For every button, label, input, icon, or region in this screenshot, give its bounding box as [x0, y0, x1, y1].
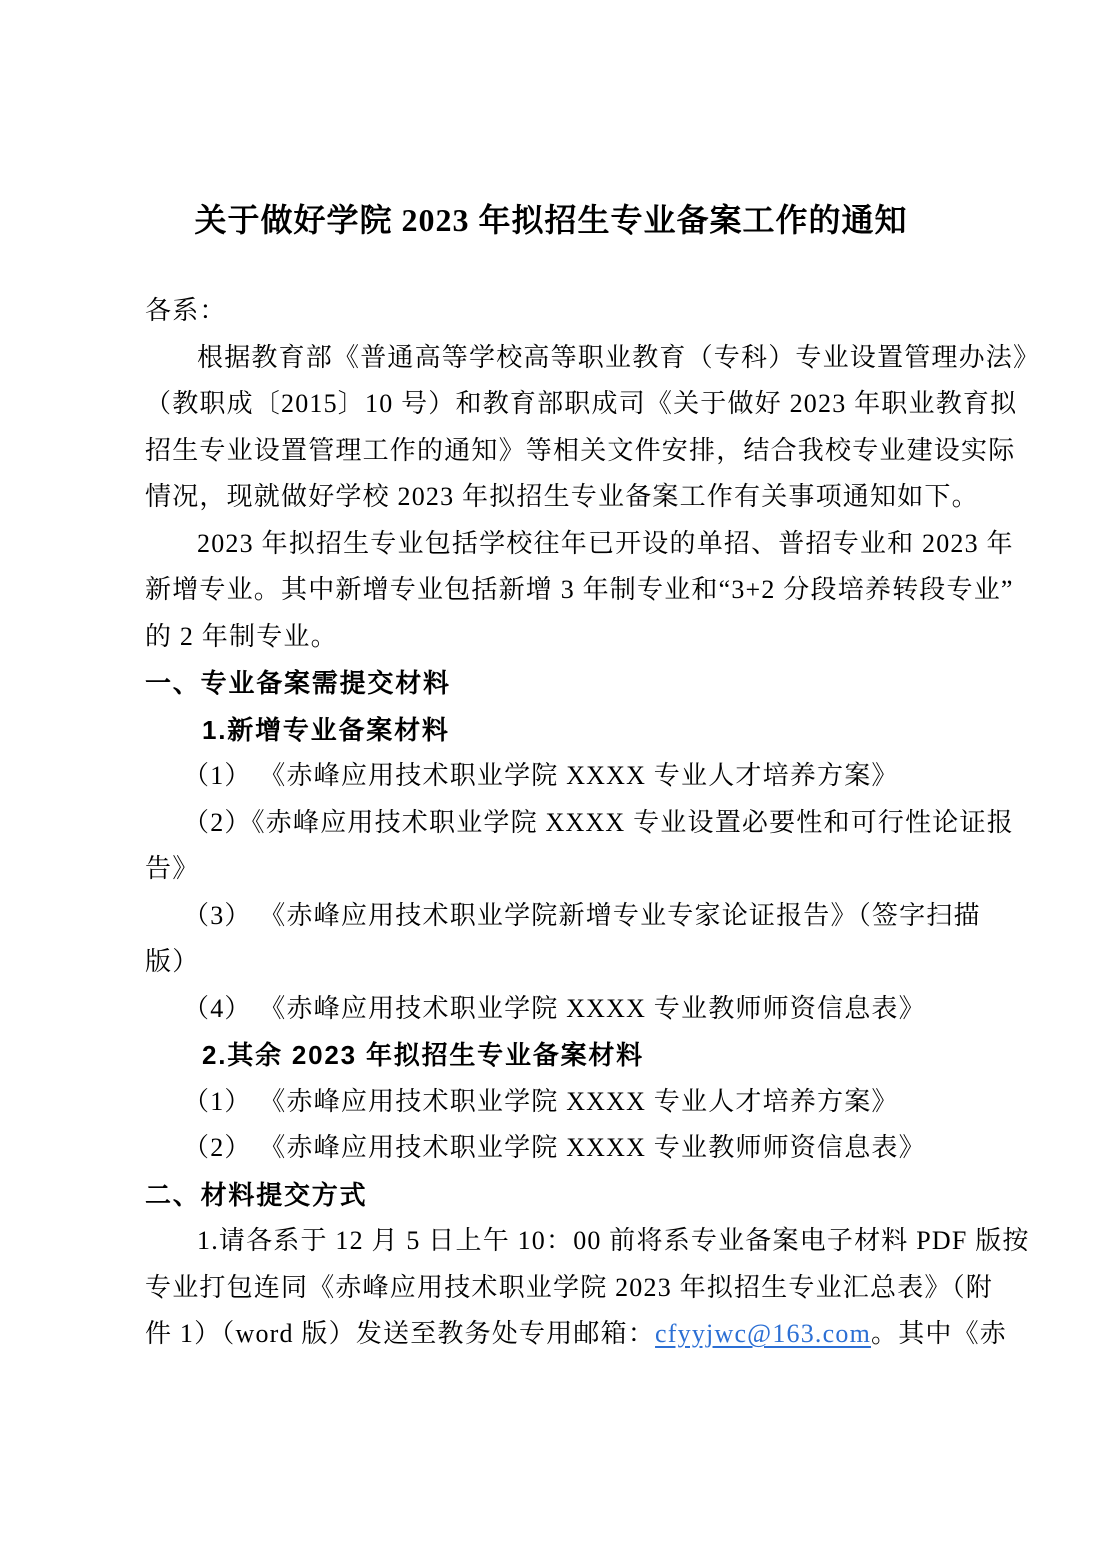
list-item-2-1: （1） 《赤峰应用技术职业学院 XXXX 专业人才培养方案》	[145, 1079, 982, 1126]
paragraph-1-line-3: 招生专业设置管理工作的通知》等相关文件安排，结合我校专业建设实际	[145, 428, 982, 475]
section-heading-2: 二、材料提交方式	[145, 1172, 982, 1219]
paragraph-1-line-1: 根据教育部《普通高等学校高等职业教育（专科）专业设置管理办法》	[145, 335, 982, 382]
document-page: 关于做好学院 2023 年拟招生专业备案工作的通知 各系： 根据教育部《普通高等…	[0, 0, 1102, 1559]
paragraph-1-line-4: 情况，现就做好学校 2023 年拟招生专业备案工作有关事项通知如下。	[145, 474, 982, 521]
document-body: 各系： 根据教育部《普通高等学校高等职业教育（专科）专业设置管理办法》 （教职成…	[145, 288, 982, 1358]
paragraph-2-line-1: 2023 年拟招生专业包括学校往年已开设的单招、普招专业和 2023 年	[145, 521, 982, 568]
subheading-1-1: 1.新增专业备案材料	[145, 707, 982, 754]
list-item-1-3-line-1: （3） 《赤峰应用技术职业学院新增专业专家论证报告》（签字扫描	[145, 893, 982, 940]
paragraph-2-line-2: 新增专业。其中新增专业包括新增 3 年制专业和“3+2 分段培养转段专业”	[145, 567, 982, 614]
salutation-line: 各系：	[145, 288, 982, 335]
list-item-1-3-line-2: 版）	[145, 939, 982, 986]
list-item-1-4: （4） 《赤峰应用技术职业学院 XXXX 专业教师师资信息表》	[145, 986, 982, 1033]
subheading-1-2: 2.其余 2023 年拟招生专业备案材料	[145, 1032, 982, 1079]
list-item-1-1: （1） 《赤峰应用技术职业学院 XXXX 专业人才培养方案》	[145, 753, 982, 800]
paragraph-2-line-3: 的 2 年制专业。	[145, 614, 982, 661]
email-line-prefix: 件 1）（word 版）发送至教务处专用邮箱：	[145, 1319, 655, 1348]
document-title: 关于做好学院 2023 年拟招生专业备案工作的通知	[0, 0, 1102, 243]
paragraph-3-line-3: 件 1）（word 版）发送至教务处专用邮箱：cfyyjwc@163.com。其…	[145, 1311, 982, 1358]
paragraph-3-line-1: 1.请各系于 12 月 5 日上午 10：00 前将系专业备案电子材料 PDF …	[145, 1218, 982, 1265]
email-line-suffix: 。其中《赤	[871, 1319, 1007, 1348]
list-item-1-2-line-2: 告》	[145, 846, 982, 893]
paragraph-3-line-2: 专业打包连同《赤峰应用技术职业学院 2023 年拟招生专业汇总表》（附	[145, 1265, 982, 1312]
list-item-2-2: （2） 《赤峰应用技术职业学院 XXXX 专业教师师资信息表》	[145, 1125, 982, 1172]
list-item-1-2-line-1: （2）《赤峰应用技术职业学院 XXXX 专业设置必要性和可行性论证报	[145, 800, 982, 847]
paragraph-1-line-2: （教职成〔2015〕10 号）和教育部职成司《关于做好 2023 年职业教育拟	[145, 381, 982, 428]
section-heading-1: 一、专业备案需提交材料	[145, 660, 982, 707]
email-link[interactable]: cfyyjwc@163.com	[655, 1319, 871, 1348]
